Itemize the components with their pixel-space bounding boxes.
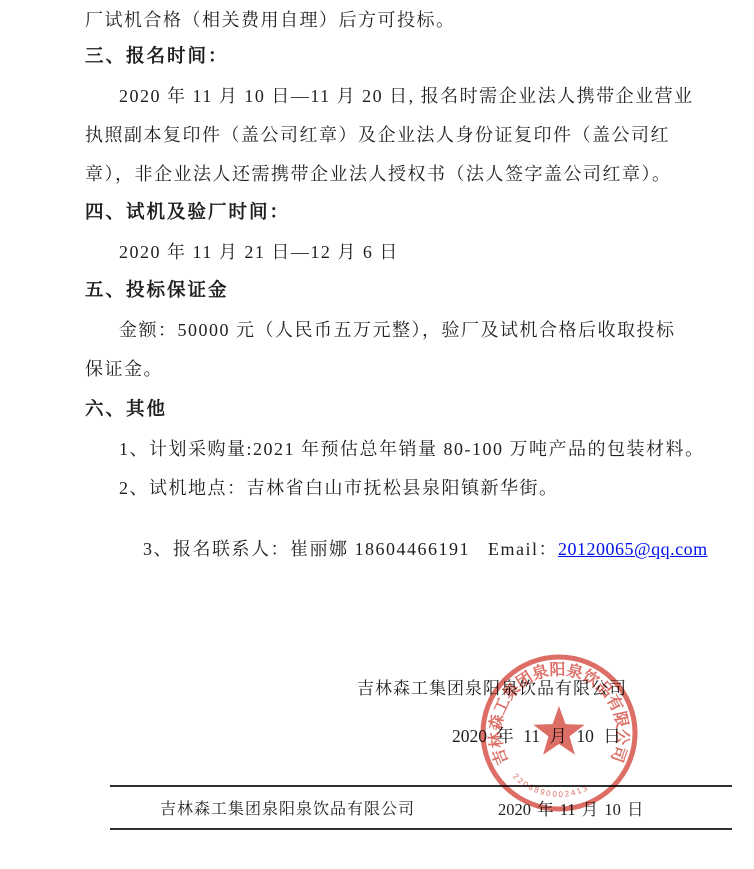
section-heading-5: 五、投标保证金 — [85, 280, 229, 302]
section-heading-6: 六、其他 — [85, 399, 167, 421]
body-line: 2、试机地点：吉林省白山市抚松县泉阳镇新华街。 — [119, 477, 559, 499]
document-page: 厂试机合格（相关费用自理）后方可投标。 三、报名时间： 2020 年 11 月 … — [0, 0, 754, 869]
email-link[interactable]: 20120065@qq.com — [558, 539, 708, 559]
contact-prefix: 3、报名联系人：崔丽娜 18604466191 Email： — [143, 539, 558, 559]
footer-company: 吉林森工集团泉阳泉饮品有限公司 — [160, 796, 415, 819]
body-line: 执照副本复印件（盖公司红章）及企业法人身份证复印件（盖公司红 — [85, 124, 670, 146]
footer-rule-top — [110, 785, 732, 787]
body-line: 厂试机合格（相关费用自理）后方可投标。 — [85, 9, 456, 31]
signature-date: 2020 年 11 月 10 日 — [452, 723, 621, 748]
signature-company: 吉林森工集团泉阳泉饮品有限公司 — [357, 674, 627, 699]
footer-rule-bottom — [110, 828, 732, 830]
body-line: 章），非企业法人还需携带企业法人授权书（法人签字盖公司红章）。 — [85, 163, 672, 185]
contact-line: 3、报名联系人：崔丽娜 18604466191 Email：20120065@q… — [119, 516, 708, 582]
body-line: 1、计划采购量:2021 年预估总年销量 80-100 万吨产品的包装材料。 — [119, 438, 705, 460]
body-line: 2020 年 11 月 21 日—12 月 6 日 — [119, 241, 399, 263]
section-heading-4: 四、试机及验厂时间： — [85, 202, 290, 224]
section-heading-3: 三、报名时间： — [85, 46, 229, 68]
body-line: 金额：50000 元（人民币五万元整），验厂及试机合格后收取投标 — [119, 319, 676, 341]
footer-date: 2020 年 11 月 10 日 — [498, 796, 644, 820]
body-line: 保证金。 — [85, 358, 163, 380]
body-line: 2020 年 11 月 10 日—11 月 20 日, 报名时需企业法人携带企业… — [119, 85, 694, 107]
